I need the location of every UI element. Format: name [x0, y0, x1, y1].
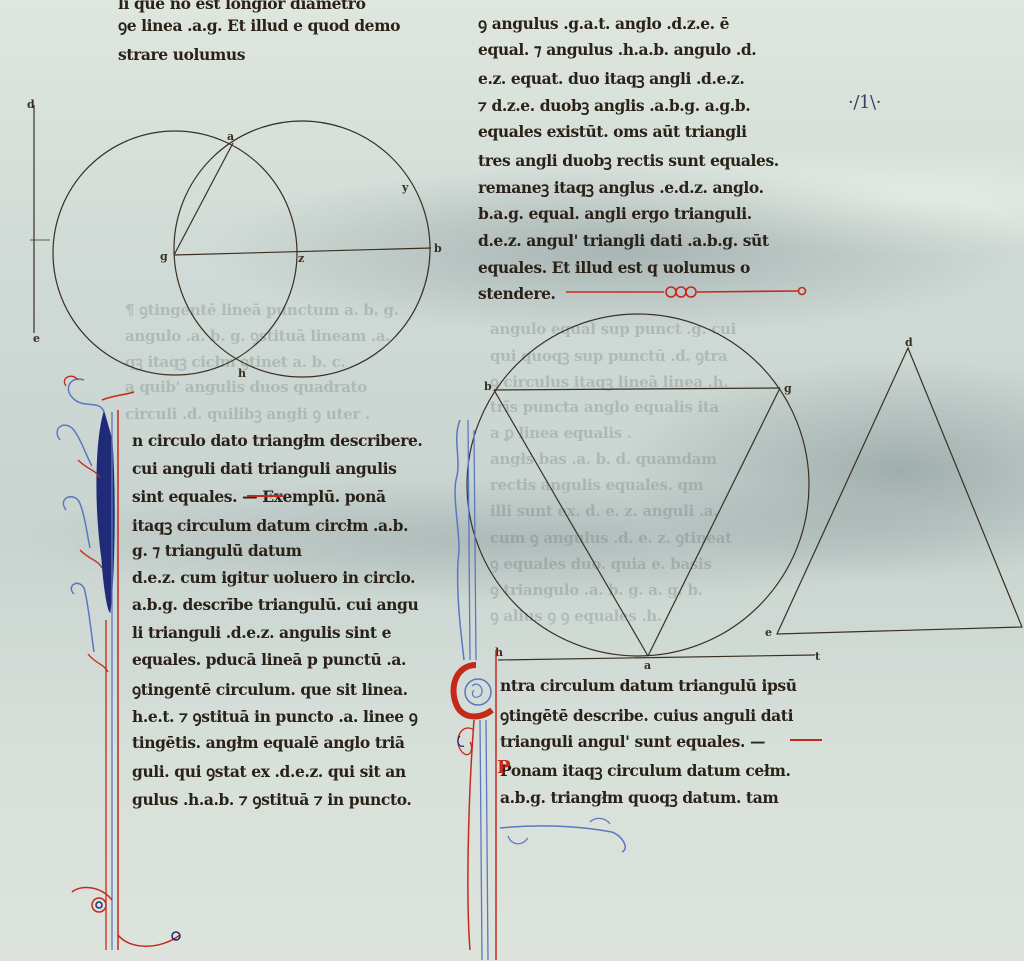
svg-text:z: z: [298, 252, 304, 265]
two-circles-diagram: [30, 105, 431, 377]
svg-text:d: d: [27, 98, 35, 111]
svg-text:e: e: [33, 332, 40, 345]
svg-text:g: g: [160, 250, 168, 263]
manuscript-page: ¶ ꝯtingentē lineā punctum a. b. g. angul…: [0, 0, 1024, 961]
decorated-initial-right: [454, 420, 626, 960]
given-triangle-diagram: [777, 348, 1022, 634]
svg-text:t: t: [815, 650, 821, 663]
svg-text:a: a: [227, 130, 234, 143]
rubric-initial-P: P: [497, 757, 510, 778]
svg-text:y: y: [401, 181, 409, 194]
svg-text:g: g: [784, 382, 792, 395]
decorated-initial-left: [57, 376, 180, 950]
inscribed-triangle-diagram: [467, 314, 815, 660]
diagrams-and-decorations: d a g z b h e y b g a h t d: [0, 0, 1024, 961]
svg-text:h: h: [238, 367, 246, 380]
svg-text:d: d: [905, 336, 913, 349]
svg-text:e: e: [765, 626, 772, 639]
svg-text:a: a: [644, 659, 651, 672]
svg-text:b: b: [434, 242, 442, 255]
svg-text:b: b: [484, 380, 492, 393]
rubric-line-right-top: [566, 287, 806, 297]
